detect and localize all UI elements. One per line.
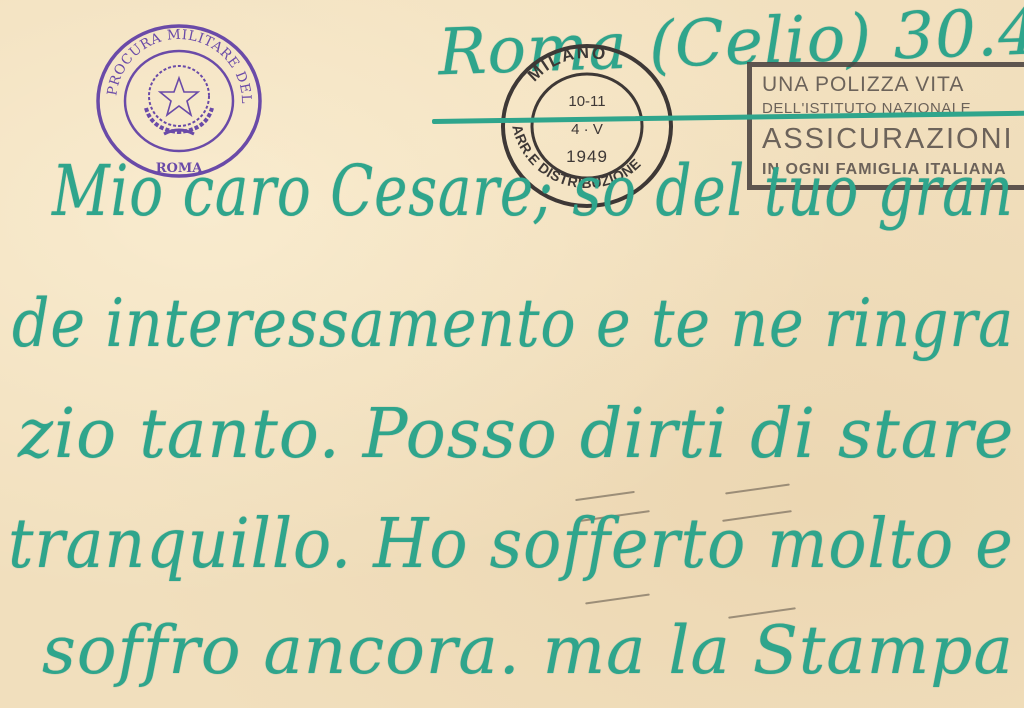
postmark-time: 10-11 (568, 93, 605, 110)
message-line: tranquillo. Ho sofferto molto e (8, 505, 1014, 584)
message-line: soffro ancora. ma la Stampa (42, 612, 1014, 689)
postcard: PROCURA MILITARE DELLA REPUBBLICA ROMA R… (0, 0, 1024, 708)
message-line: Mio caro Cesare; so del tuo gran (52, 150, 1014, 232)
slogan-line: UNA POLIZZA VITA (762, 73, 964, 97)
italian-republic-emblem-icon (146, 66, 212, 134)
postmark-date: 4 · V (571, 121, 603, 138)
message-line: de interessamento e te ne ringra (12, 285, 1014, 362)
message-line: zio tanto. Posso dirti di stare (18, 395, 1014, 474)
cancel-wave-line (725, 483, 790, 494)
cancel-wave-line (575, 491, 635, 501)
cancel-wave-line (585, 593, 650, 604)
